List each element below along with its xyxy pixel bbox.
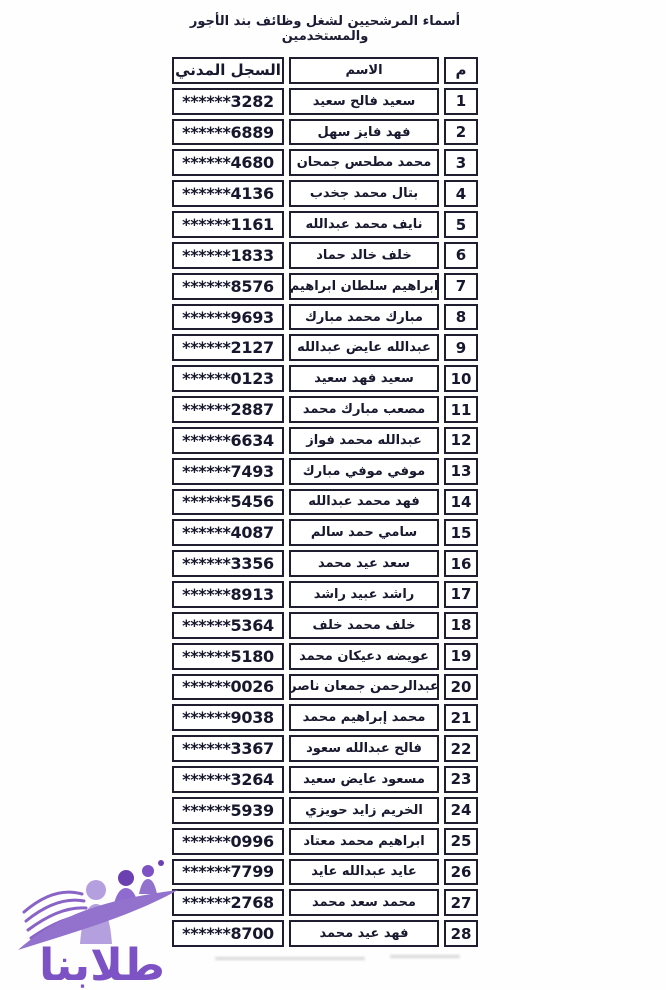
registry-cell: ******0123 [172,365,284,392]
logo-text: طلابنا [39,940,165,988]
name-cell: راشد عبيد راشد [289,581,439,608]
serial-cell: 12 [444,427,478,454]
registry-cell: ******5939 [172,797,284,824]
registry-cell: ******7799 [172,859,284,886]
registry-cell: ******7493 [172,458,284,485]
name-cell: فهد فايز سهل [289,119,439,146]
serial-cell: 22 [444,735,478,762]
registry-cell: ******3367 [172,735,284,762]
serial-cell: 3 [444,149,478,176]
serial-cell: 8 [444,304,478,331]
name-cell: مصعب مبارك محمد [289,396,439,423]
serial-cell: 13 [444,458,478,485]
name-cell: عبدالله عايض عبدالله [289,334,439,361]
name-cell: فالح عبدالله سعود [289,735,439,762]
serial-cell: 19 [444,643,478,670]
registry-cell: ******4087 [172,519,284,546]
serial-cell: 16 [444,550,478,577]
serial-cell: 20 [444,674,478,701]
serial-cell: 11 [444,396,478,423]
serial-cell: 6 [444,242,478,269]
serial-cell: 26 [444,859,478,886]
registry-cell: ******5364 [172,612,284,639]
talabna-logo: طلابنا [14,854,186,988]
scan-smudge [390,955,460,958]
header-serial: م [444,57,478,84]
candidates-table: م الاسم السجل المدني 1سعيد فالح سعيد****… [172,57,478,947]
registry-cell: ******1833 [172,242,284,269]
name-cell: الخريم زايد حويزي [289,797,439,824]
registry-cell: ******4136 [172,180,284,207]
scan-smudge [215,957,365,960]
serial-cell: 24 [444,797,478,824]
serial-cell: 9 [444,334,478,361]
serial-cell: 2 [444,119,478,146]
serial-cell: 4 [444,180,478,207]
registry-cell: ******6889 [172,119,284,146]
name-cell: سامي حمد سالم [289,519,439,546]
serial-cell: 15 [444,519,478,546]
serial-cell: 10 [444,365,478,392]
header-name: الاسم [289,57,439,84]
registry-cell: ******3356 [172,550,284,577]
serial-cell: 27 [444,889,478,916]
name-cell: مبارك محمد مبارك [289,304,439,331]
name-cell: ابراهيم سلطان ابراهيم [289,273,439,300]
name-cell: خلف خالد حماد [289,242,439,269]
name-cell: محمد سعد محمد [289,889,439,916]
serial-cell: 1 [444,88,478,115]
name-cell: موفي موفي مبارك [289,458,439,485]
serial-cell: 25 [444,828,478,855]
registry-cell: ******8700 [172,920,284,947]
name-cell: ابراهيم محمد معتاد [289,828,439,855]
registry-cell: ******2887 [172,396,284,423]
serial-cell: 7 [444,273,478,300]
name-cell: سعيد فالح سعيد [289,88,439,115]
name-cell: مسعود عايض سعيد [289,766,439,793]
serial-cell: 14 [444,489,478,516]
registry-cell: ******2127 [172,334,284,361]
registry-cell: ******0026 [172,674,284,701]
name-cell: فهد محمد عبدالله [289,489,439,516]
registry-cell: ******9693 [172,304,284,331]
registry-cell: ******4680 [172,149,284,176]
serial-cell: 23 [444,766,478,793]
accent-dot-icon [158,860,164,866]
registry-cell: ******6634 [172,427,284,454]
document-page: أسماء المرشحيين لشغل وظائف بند الأجور وا… [0,0,666,990]
serial-cell: 21 [444,704,478,731]
name-cell: سعد عيد محمد [289,550,439,577]
name-cell: عبدالله محمد فواز [289,427,439,454]
registry-cell: ******9038 [172,704,284,731]
name-cell: خلف محمد خلف [289,612,439,639]
serial-cell: 5 [444,211,478,238]
registry-cell: ******2768 [172,889,284,916]
name-cell: عايد عبدالله عايد [289,859,439,886]
serial-cell: 18 [444,612,478,639]
name-cell: بتال محمد جخدب [289,180,439,207]
registry-cell: ******8913 [172,581,284,608]
name-cell: فهد عيد محمد [289,920,439,947]
name-cell: عبدالرحمن جمعان ناصر [289,674,439,701]
registry-cell: ******0996 [172,828,284,855]
name-cell: محمد مطحس جمحان [289,149,439,176]
name-cell: نايف محمد عبدالله [289,211,439,238]
page-title: أسماء المرشحيين لشغل وظائف بند الأجور وا… [160,14,490,44]
student-figure-icon [139,865,157,894]
registry-cell: ******3264 [172,766,284,793]
header-civil-registry: السجل المدني [172,57,284,84]
registry-cell: ******5456 [172,489,284,516]
name-cell: عويضه دعيكان محمد [289,643,439,670]
name-cell: محمد إبراهيم محمد [289,704,439,731]
serial-cell: 28 [444,920,478,947]
registry-cell: ******3282 [172,88,284,115]
serial-cell: 17 [444,581,478,608]
registry-cell: ******5180 [172,643,284,670]
registry-cell: ******8576 [172,273,284,300]
registry-cell: ******1161 [172,211,284,238]
name-cell: سعيد فهد سعيد [289,365,439,392]
